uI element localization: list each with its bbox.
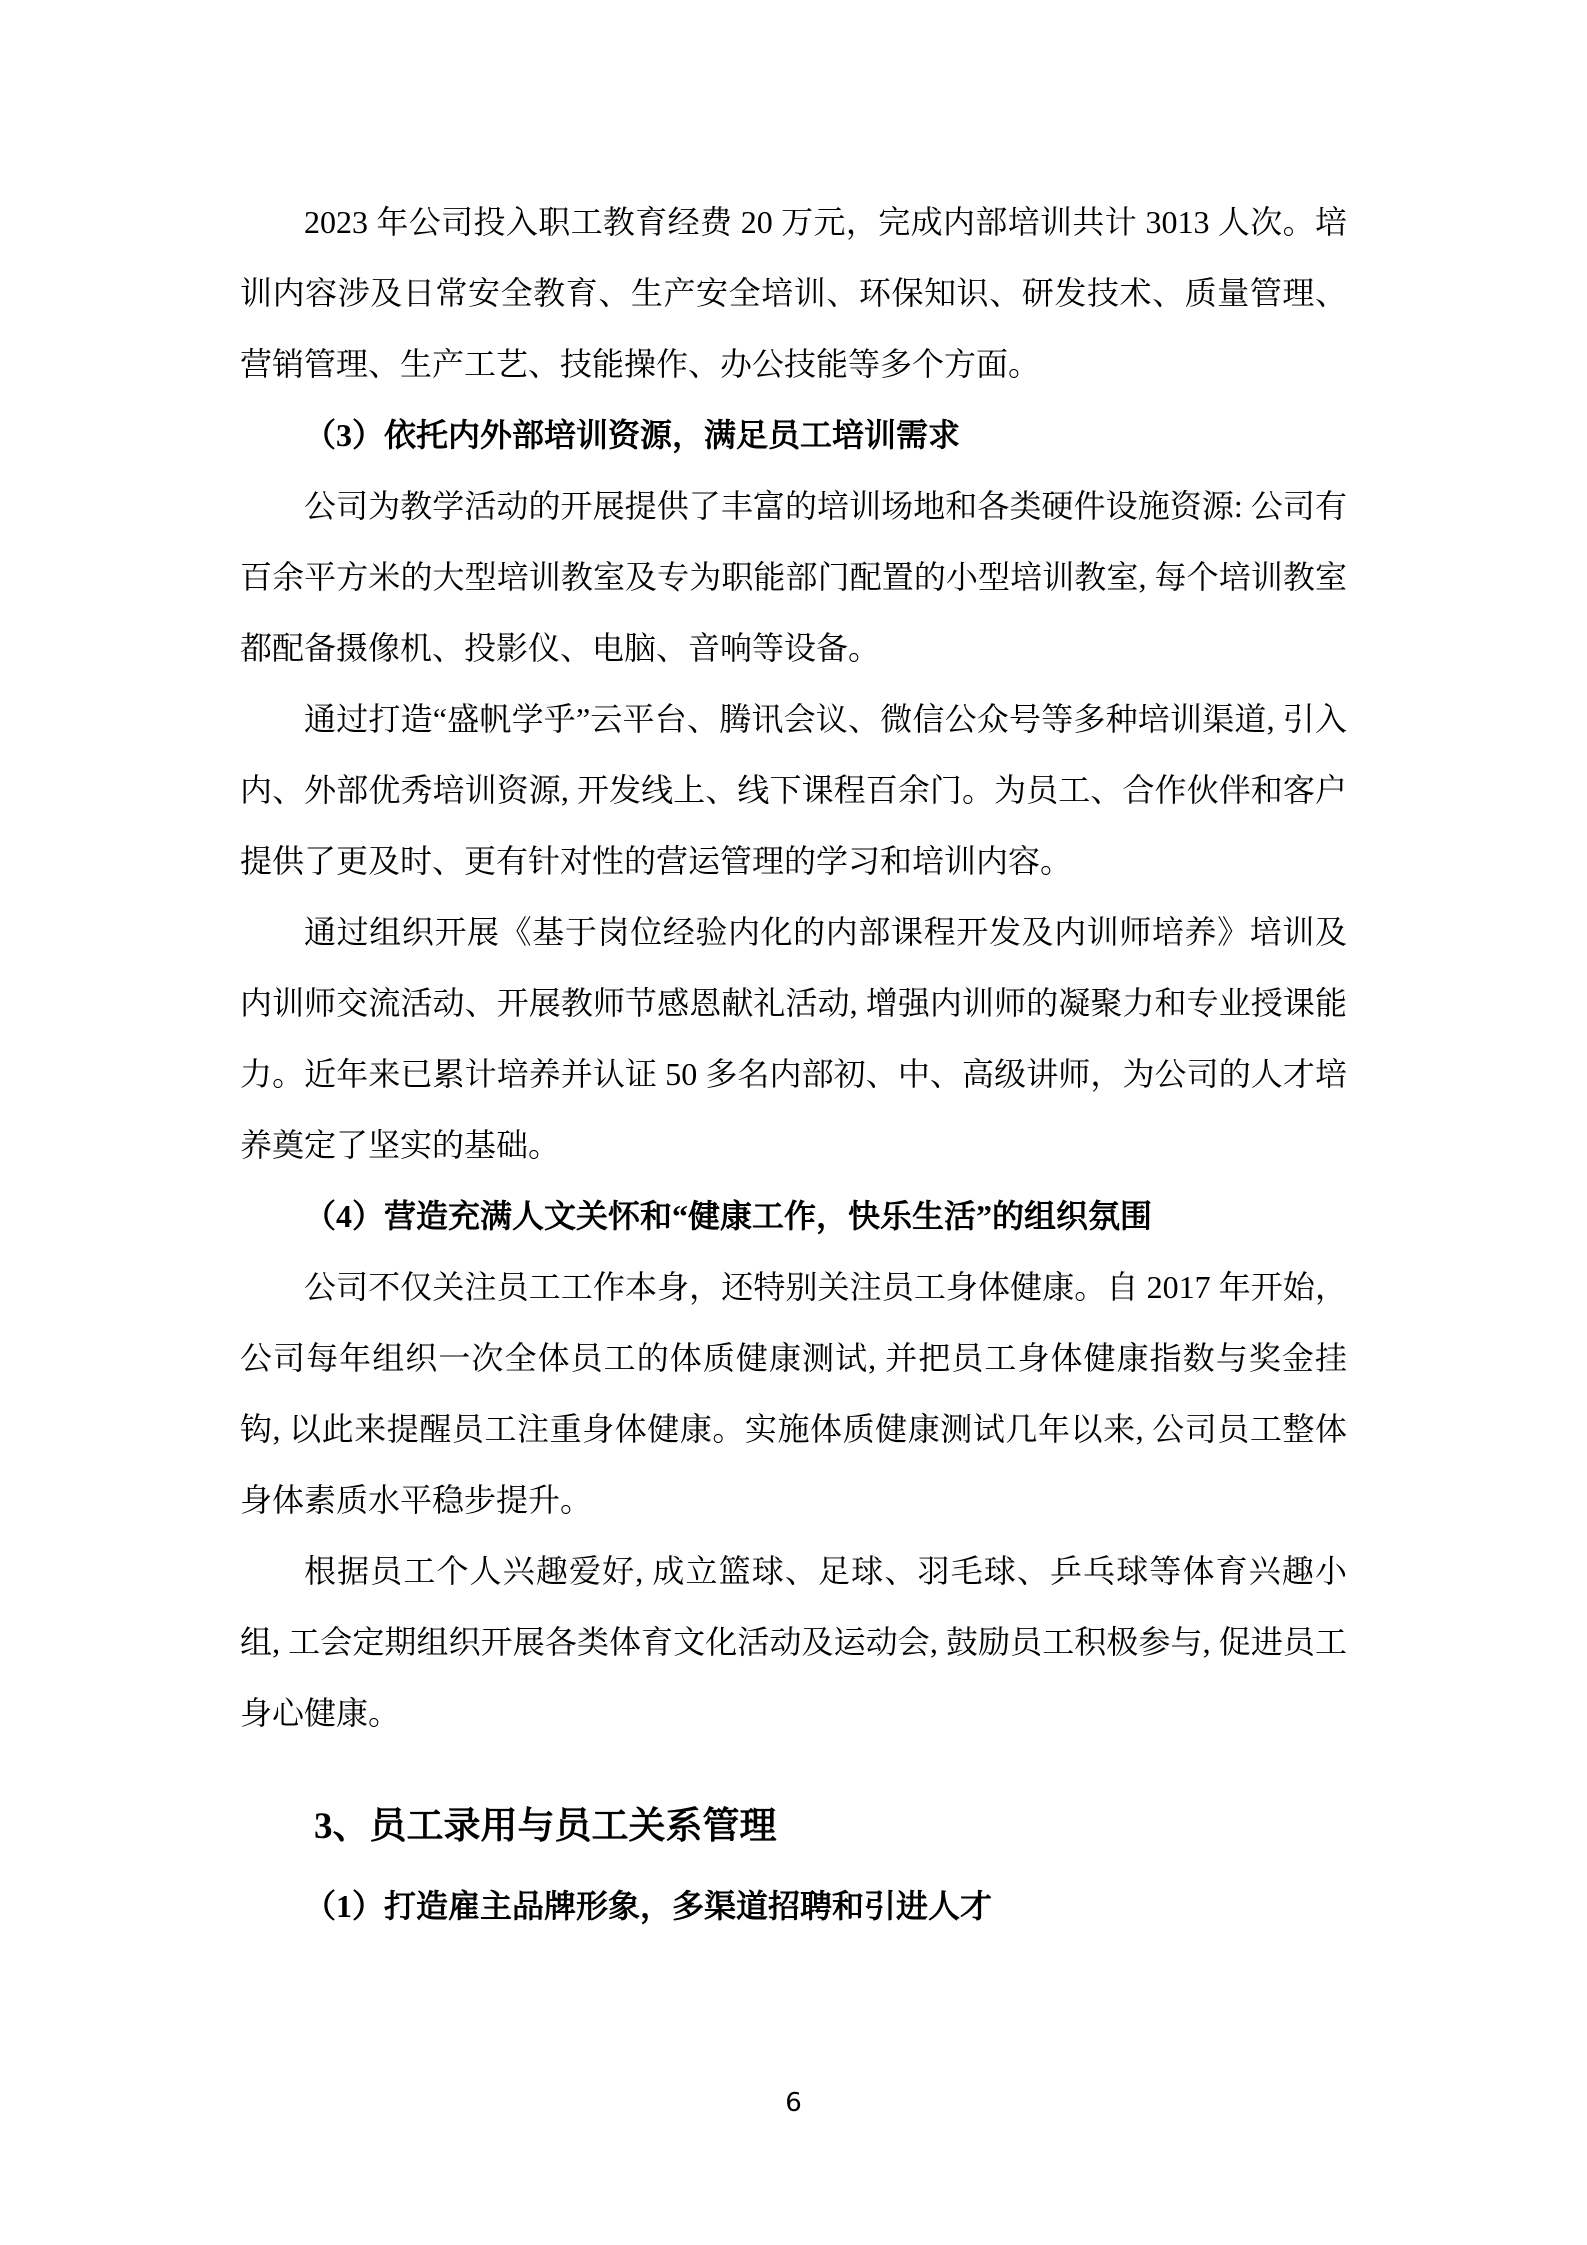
paragraph-internal-trainers: 通过组织开展《基于岗位经验内化的内部课程开发及内训师培养》培训及内训师交流活动、…	[240, 897, 1347, 1181]
paragraph-training-facilities: 公司为教学活动的开展提供了丰富的培训场地和各类硬件设施资源: 公司有百余平方米的…	[240, 471, 1347, 684]
page-number: 6	[785, 2088, 802, 2118]
section-heading-recruitment: 3、员工录用与员工关系管理	[240, 1789, 1347, 1865]
heading-4-health-culture: （4）营造充满人文关怀和“健康工作，快乐生活”的组织氛围	[240, 1181, 1347, 1252]
paragraph-training-platforms: 通过打造“盛帆学乎”云平台、腾讯会议、微信公众号等多种培训渠道, 引入内、外部优…	[240, 684, 1347, 897]
paragraph-training-investment: 2023 年公司投入职工教育经费 20 万元，完成内部培训共计 3013 人次。…	[240, 187, 1347, 400]
page-footer: 6	[0, 2086, 1587, 2120]
document-page: 2023 年公司投入职工教育经费 20 万元，完成内部培训共计 3013 人次。…	[0, 0, 1587, 2245]
paragraph-sports-groups: 根据员工个人兴趣爱好, 成立篮球、足球、羽毛球、乒乓球等体育兴趣小组, 工会定期…	[240, 1536, 1347, 1749]
heading-3-training-resources: （3）依托内外部培训资源，满足员工培训需求	[240, 400, 1347, 471]
heading-1-employer-brand: （1）打造雇主品牌形象，多渠道招聘和引进人才	[240, 1871, 1347, 1942]
document-body: 2023 年公司投入职工教育经费 20 万元，完成内部培训共计 3013 人次。…	[240, 187, 1347, 1942]
paragraph-employee-health: 公司不仅关注员工工作本身，还特别关注员工身体健康。自 2017 年开始，公司每年…	[240, 1252, 1347, 1536]
